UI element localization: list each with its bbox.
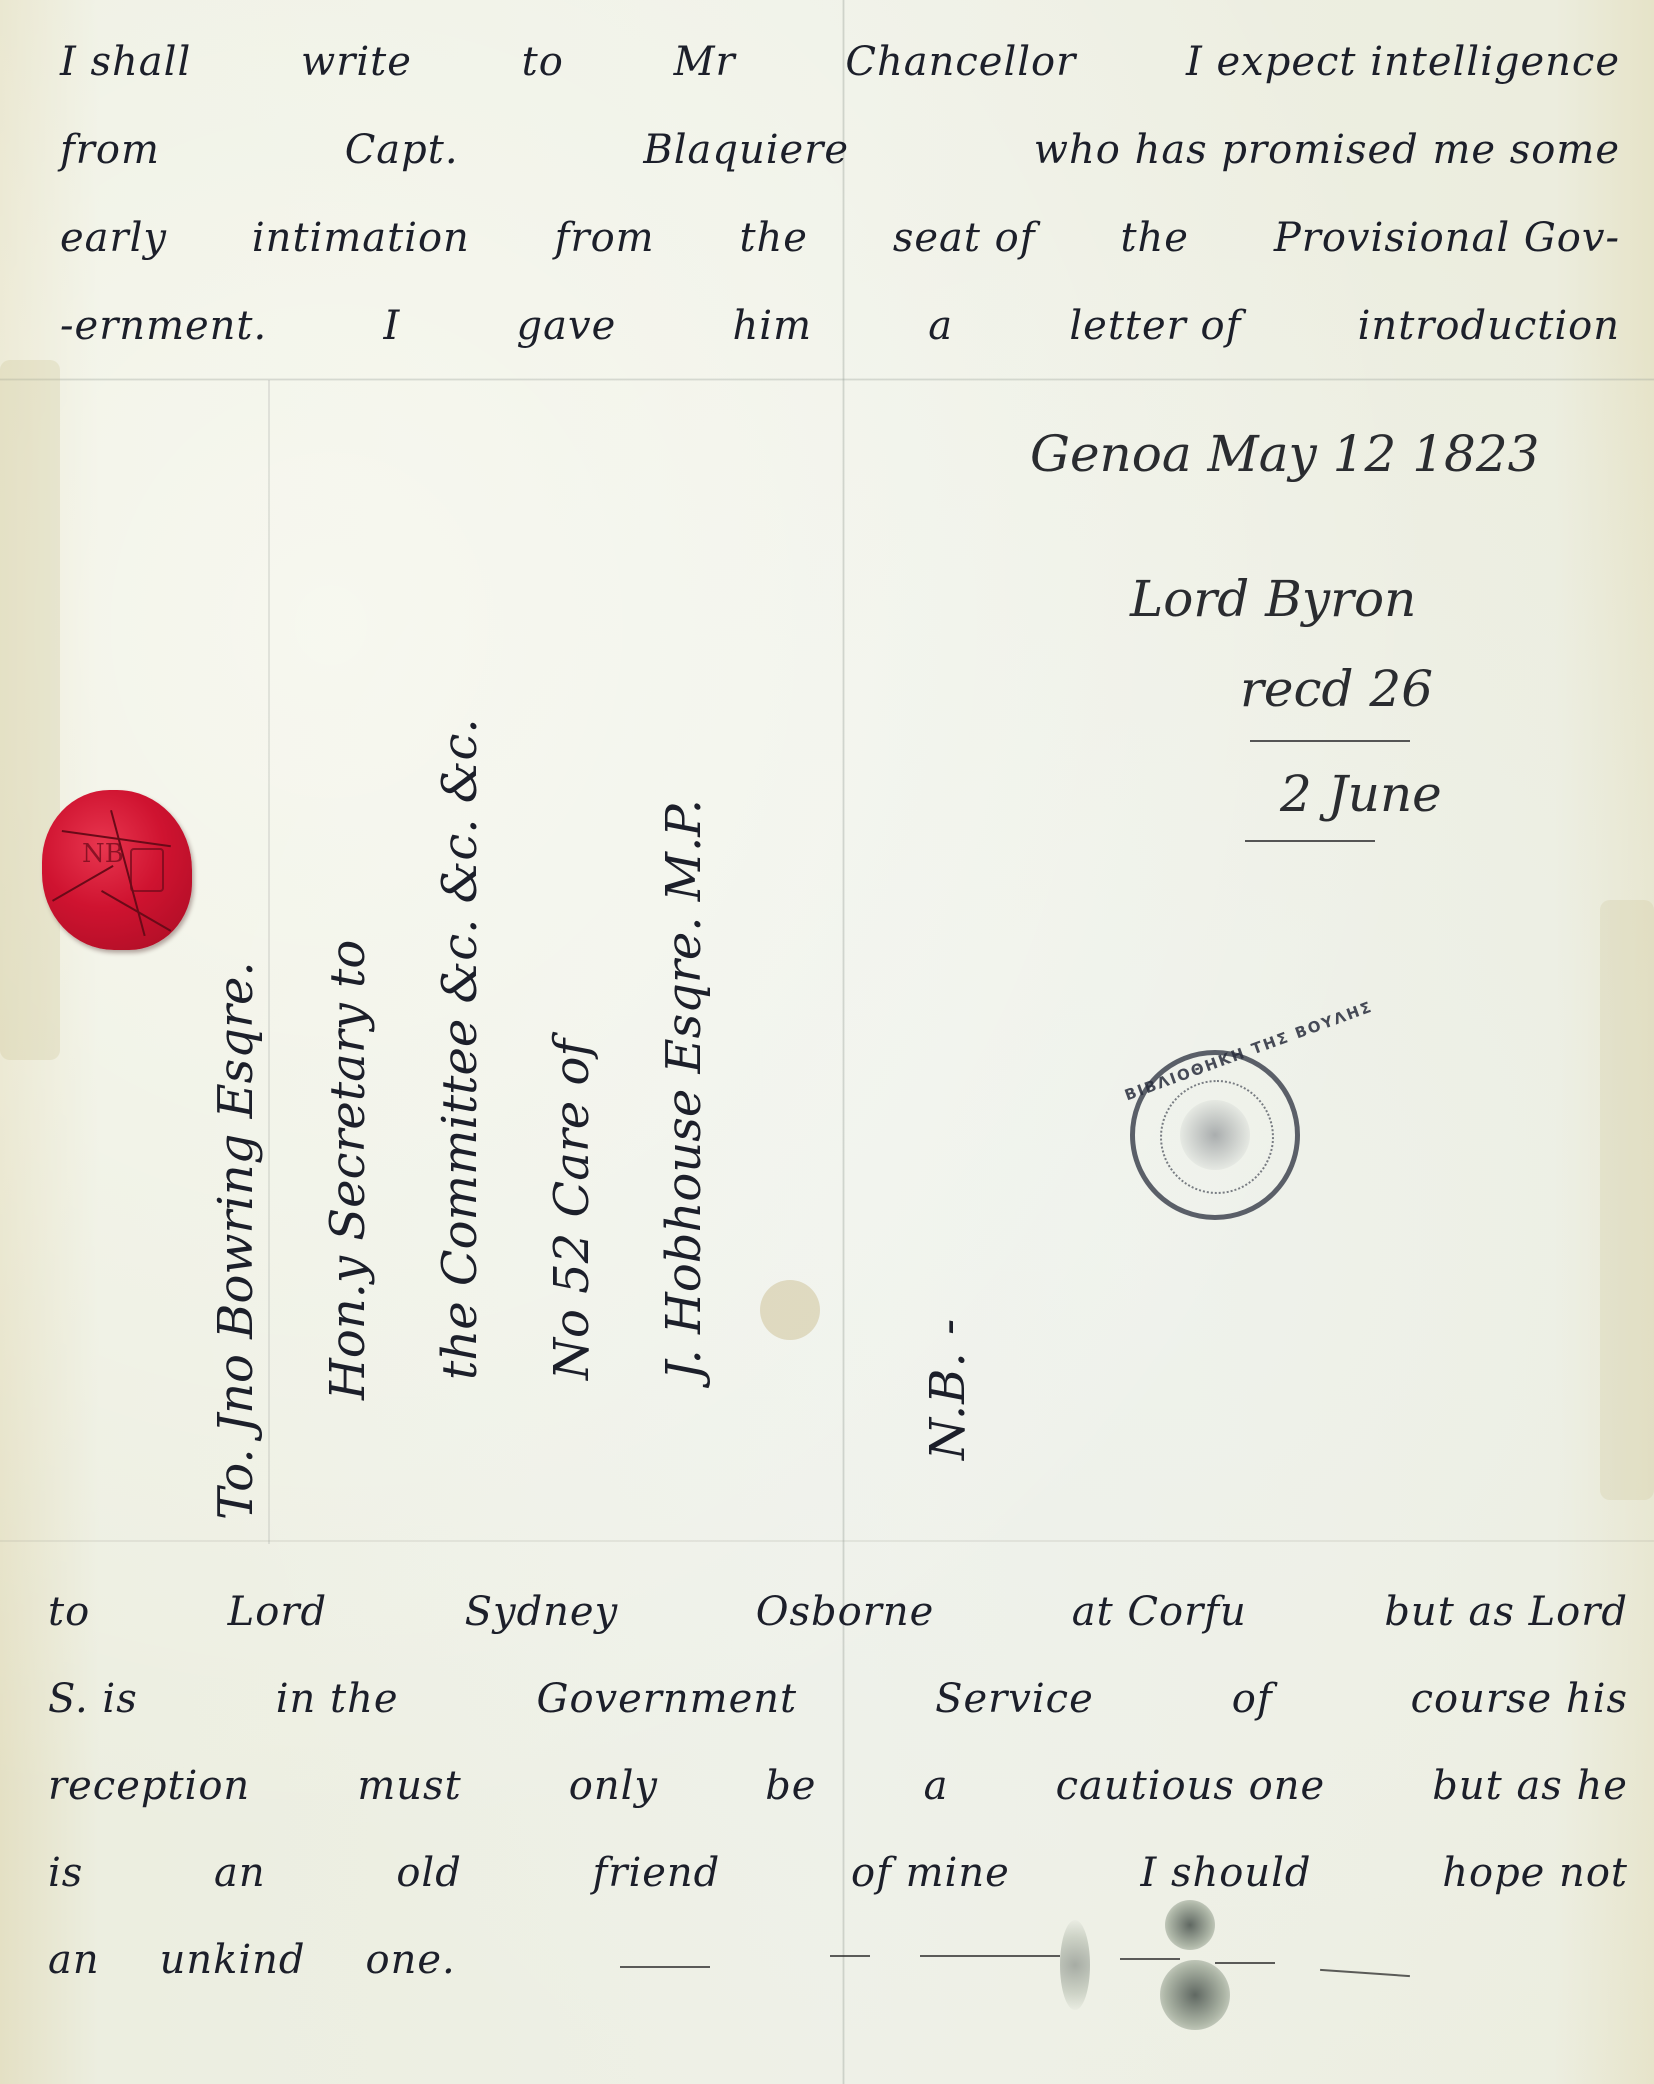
word: be xyxy=(765,1763,816,1809)
docket-rule xyxy=(1245,840,1375,842)
word: I should xyxy=(1140,1850,1311,1896)
word: from xyxy=(555,215,655,261)
word: letter of xyxy=(1069,303,1241,349)
word: I xyxy=(383,303,400,349)
word: Mr xyxy=(674,39,736,85)
text-line: I shall write to Mr Chancellor I expect … xyxy=(60,18,1620,106)
docket-date: Genoa May 12 1823 xyxy=(1030,425,1539,483)
word: to xyxy=(522,39,564,85)
word: an xyxy=(214,1850,266,1896)
red-wax-seal: NB xyxy=(42,790,192,950)
word: Sydney xyxy=(465,1589,619,1635)
letter-bottom-text: to Lord Sydney Osborne at Corfu but as L… xyxy=(48,1568,1628,2003)
word: cautious one xyxy=(1056,1763,1325,1809)
age-stain xyxy=(760,1280,820,1340)
docket-rule xyxy=(1250,740,1410,742)
crown-icon xyxy=(130,848,164,892)
address-line: J. Hobhouse Esqre. M.P. xyxy=(628,460,740,1520)
word: Service xyxy=(935,1676,1094,1722)
word: him xyxy=(733,303,812,349)
closing-dash xyxy=(830,1955,870,1957)
word: the xyxy=(1120,215,1189,261)
text-line: S. is in the Government Service of cours… xyxy=(48,1655,1628,1742)
letter-page: I shall write to Mr Chancellor I expect … xyxy=(0,0,1654,2084)
address-line: To. Jno Bowring Esqre. xyxy=(180,460,292,1520)
word: reception xyxy=(48,1763,250,1809)
word: is xyxy=(48,1850,83,1896)
text-line: from Capt. Blaquiere who has promised me… xyxy=(60,106,1620,194)
word: of mine xyxy=(851,1850,1010,1896)
word: seat of xyxy=(893,215,1036,261)
word: Provisional Gov- xyxy=(1274,215,1620,261)
word: gave xyxy=(517,303,617,349)
address-line: No 52 Care of xyxy=(516,460,628,1520)
stamp-emblem-icon xyxy=(1180,1100,1250,1170)
text-line: reception must only be a cautious one bu… xyxy=(48,1742,1628,1829)
word: Osborne xyxy=(756,1589,935,1635)
word: but as he xyxy=(1432,1763,1628,1809)
word: hope not xyxy=(1442,1850,1628,1896)
word: unkind xyxy=(160,1937,306,1983)
closing-dash xyxy=(1215,1962,1275,1964)
word: early xyxy=(60,215,167,261)
word: write xyxy=(301,39,412,85)
word: one. xyxy=(366,1937,456,1983)
text-line: to Lord Sydney Osborne at Corfu but as L… xyxy=(48,1568,1628,1655)
docket-sender: Lord Byron xyxy=(1130,570,1416,628)
word: Blaquiere xyxy=(643,127,849,173)
word: only xyxy=(569,1763,658,1809)
text-line: early intimation from the seat of the Pr… xyxy=(60,194,1620,282)
docket-received: recd 26 xyxy=(1240,660,1433,718)
word: I expect intelligence xyxy=(1186,39,1620,85)
word: Government xyxy=(536,1676,797,1722)
ink-blot xyxy=(1060,1920,1090,2010)
closing-dash xyxy=(1120,1958,1180,1960)
archive-stamp: ΒΙΒΛΙΟΘΗΚΗ ΤΗΣ ΒΟΥΛΗΣ xyxy=(1130,1050,1300,1220)
address-line: Hon.y Secretary to xyxy=(292,460,404,1520)
address-panel: To. Jno Bowring Esqre. Hon.y Secretary t… xyxy=(180,460,740,1520)
word: S. is xyxy=(48,1676,138,1722)
word: a xyxy=(924,1763,949,1809)
closing-dash xyxy=(620,1966,710,1968)
word: the xyxy=(739,215,808,261)
ink-blot xyxy=(1160,1960,1230,2030)
word: at Corfu xyxy=(1072,1589,1247,1635)
word: Lord xyxy=(228,1589,327,1635)
ink-blot xyxy=(1165,1900,1215,1950)
docket-answered: 2 June xyxy=(1280,765,1442,823)
word: a xyxy=(928,303,953,349)
word: -ernment. xyxy=(60,303,267,349)
word: I shall xyxy=(60,39,191,85)
word: an xyxy=(48,1937,100,1983)
seal-monogram: NB xyxy=(82,835,124,873)
age-stain xyxy=(1600,900,1654,1500)
address-line: the Committee &c. &c. &c. xyxy=(404,460,516,1520)
word: old xyxy=(396,1850,461,1896)
lower-fold-line xyxy=(0,1540,1654,1542)
text-line: -ernment. I gave him a letter of introdu… xyxy=(60,282,1620,370)
word: intimation xyxy=(252,215,470,261)
age-stain xyxy=(0,360,60,1060)
horizontal-fold-line xyxy=(0,378,1654,381)
word: course his xyxy=(1411,1676,1628,1722)
word: of xyxy=(1232,1676,1273,1722)
stamp-legend: ΒΙΒΛΙΟΘΗΚΗ ΤΗΣ ΒΟΥΛΗΣ xyxy=(1122,998,1375,1105)
word: to xyxy=(48,1589,90,1635)
word: friend xyxy=(593,1850,721,1896)
word: introduction xyxy=(1358,303,1620,349)
text-line: an unkind one. xyxy=(48,1916,1628,2003)
word: who has promised me some xyxy=(1034,127,1620,173)
word: from xyxy=(60,127,160,173)
closing-dash xyxy=(920,1955,1060,1957)
word: Capt. xyxy=(345,127,459,173)
word: Chancellor xyxy=(845,39,1076,85)
word: must xyxy=(357,1763,461,1809)
word: in the xyxy=(276,1676,399,1722)
letter-top-text: I shall write to Mr Chancellor I expect … xyxy=(60,18,1620,370)
word: but as Lord xyxy=(1384,1589,1628,1635)
text-line: is an old friend of mine I should hope n… xyxy=(48,1829,1628,1916)
address-note: N.B. - xyxy=(920,1318,976,1460)
